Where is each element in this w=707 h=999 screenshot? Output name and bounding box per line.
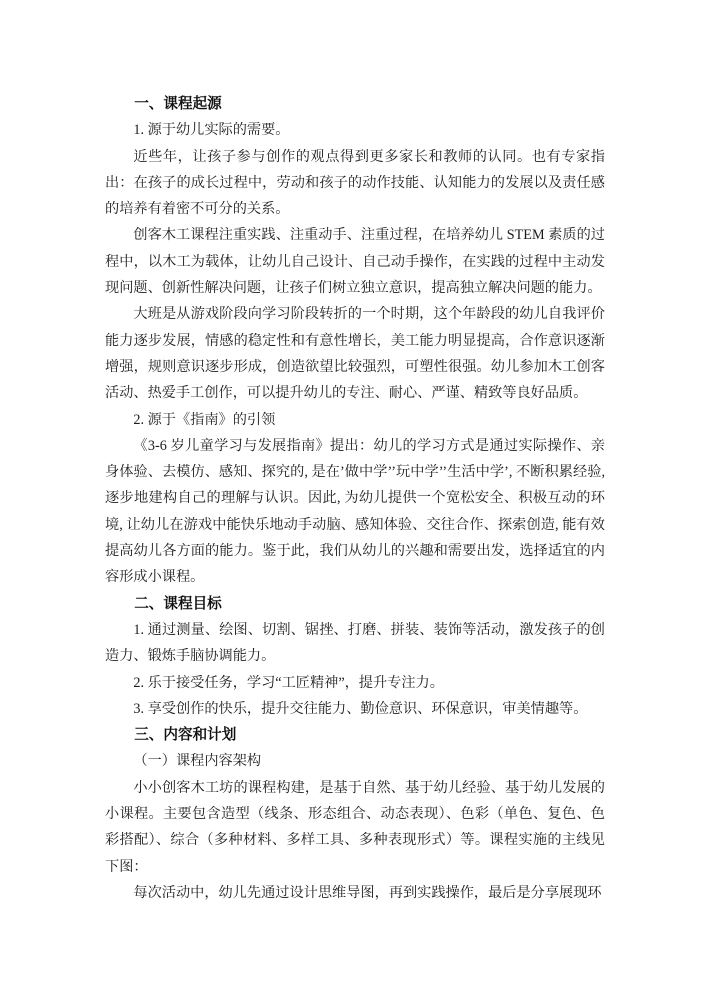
paragraph-parents-recognition: 近些年，让孩子参与创作的观点得到更多家长和教师的认同。也有专家指出：在孩子的成长… — [105, 144, 605, 223]
paragraph-stem-practice: 创客木工课程注重实践、注重动手、注重过程，在培养幼儿 STEM 素质的过程中，以… — [105, 222, 605, 301]
paragraph-course-construction: 小小创客木工坊的课程构建，是基于自然、基于幼儿经验、基于幼儿发展的小课程。主要包… — [105, 775, 605, 880]
paragraph-senior-class-stage: 大班是从游戏阶段向学习阶段转折的一个时期，这个年龄段的幼儿自我评价能力逐步发展，… — [105, 301, 605, 406]
subheading-origin-need: 1. 源于幼儿实际的需要。 — [105, 117, 605, 143]
section-heading-course-origin: 一、课程起源 — [105, 91, 605, 117]
goal-item-1: 1. 通过测量、绘图、切割、锯挫、打磨、拼装、装饰等活动，激发孩子的创造力、锻炼… — [105, 617, 605, 670]
subheading-content-structure: （一）课程内容架构 — [105, 748, 605, 774]
subheading-origin-guideline: 2. 源于《指南》的引领 — [105, 407, 605, 433]
document-page: 一、课程起源 1. 源于幼儿实际的需要。 近些年，让孩子参与创作的观点得到更多家… — [0, 0, 707, 999]
section-heading-course-goals: 二、课程目标 — [105, 591, 605, 617]
goal-item-3: 3. 享受创作的快乐，提升交往能力、勤俭意识、环保意识，审美情趣等。 — [105, 696, 605, 722]
paragraph-guideline-quote: 《3-6 岁儿童学习与发展指南》提出：幼儿的学习方式是通过实际操作、亲身体验、去… — [105, 433, 605, 591]
paragraph-activity-flow: 每次活动中，幼儿先通过设计思维导图，再到实践操作，最后是分享展现环 — [105, 880, 605, 906]
goal-item-2: 2. 乐于接受任务，学习“工匠精神”，提升专注力。 — [105, 670, 605, 696]
section-heading-content-plan: 三、内容和计划 — [105, 722, 605, 748]
